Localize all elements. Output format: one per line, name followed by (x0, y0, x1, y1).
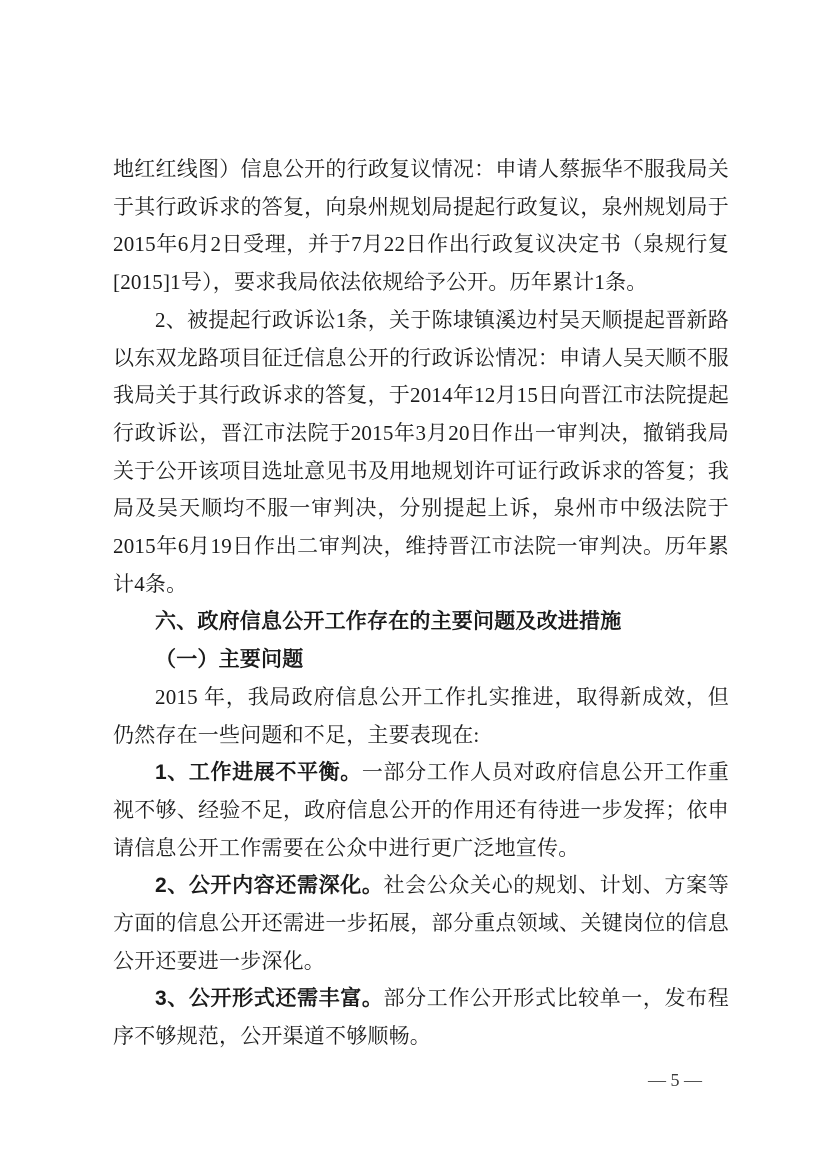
paragraph-overview: 2015 年，我局政府信息公开工作扎实推进，取得新成效，但仍然存在一些问题和不足… (113, 679, 729, 754)
issue-3-lead: 3、公开形式还需丰富。 (155, 987, 384, 1010)
paragraph-issue-2: 2、公开内容还需深化。社会公众关心的规划、计划、方案等方面的信息公开还需进一步拓… (113, 867, 729, 980)
document-page: 地红红线图）信息公开的行政复议情况：申请人蔡振华不服我局关于其行政诉求的答复，向… (0, 0, 827, 1169)
document-body: 地红红线图）信息公开的行政复议情况：申请人蔡振华不服我局关于其行政诉求的答复，向… (113, 151, 729, 1056)
issue-1-lead: 1、工作进展不平衡。 (155, 761, 362, 784)
paragraph-issue-3: 3、公开形式还需丰富。部分工作公开形式比较单一，发布程序不够规范，公开渠道不够顺… (113, 980, 729, 1055)
paragraph-issue-1: 1、工作进展不平衡。一部分工作人员对政府信息公开工作重视不够、经验不足，政府信息… (113, 754, 729, 867)
section-heading-six: 六、政府信息公开工作存在的主要问题及改进措施 (113, 603, 729, 641)
paragraph-admin-review: 地红红线图）信息公开的行政复议情况：申请人蔡振华不服我局关于其行政诉求的答复，向… (113, 151, 729, 302)
subsection-heading-main-problems: （一）主要问题 (113, 641, 729, 679)
issue-2-lead: 2、公开内容还需深化。 (155, 874, 384, 897)
page-number: — 5 — (648, 1066, 702, 1094)
paragraph-admin-litigation: 2、被提起行政诉讼1条，关于陈埭镇溪边村吴天顺提起晋新路以东双龙路项目征迁信息公… (113, 302, 729, 604)
